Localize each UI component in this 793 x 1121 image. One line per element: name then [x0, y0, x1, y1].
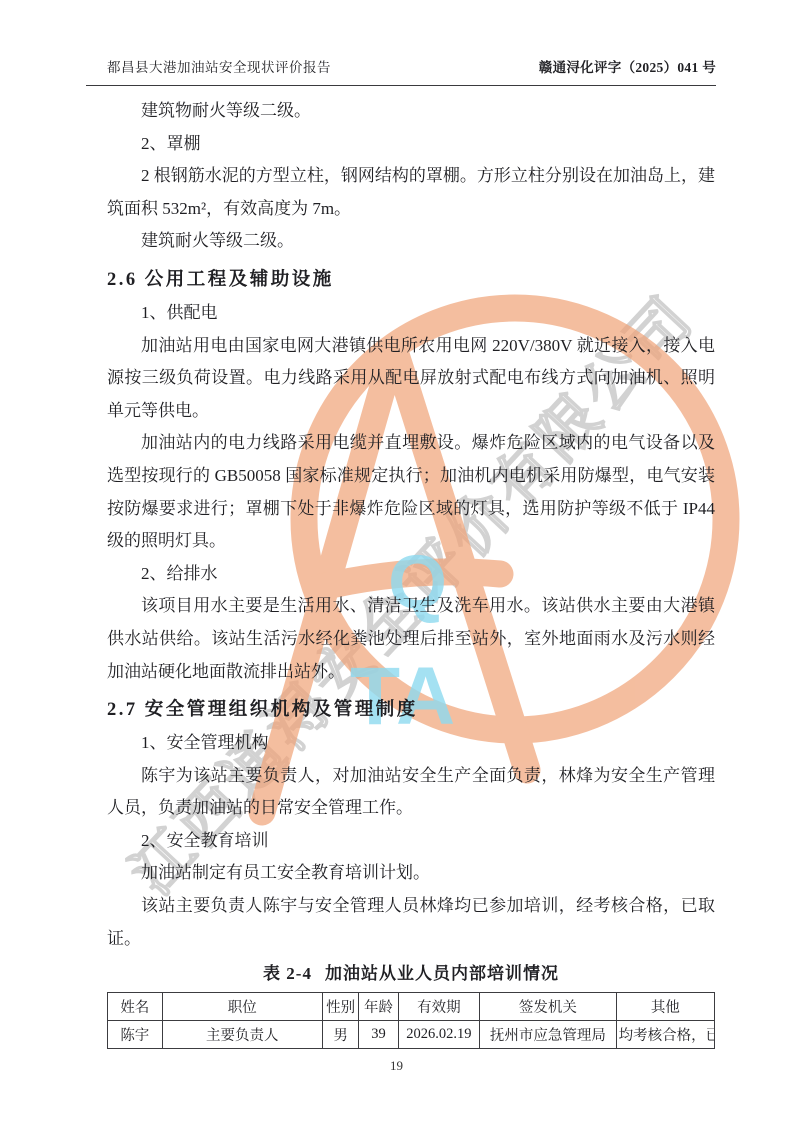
table-row: 陈宇 主要负责人 男 39 2026.02.19 抚州市应急管理局 均考核合格，…	[108, 1021, 715, 1049]
table-caption: 表 2-4加油站从业人员内部培训情况	[107, 957, 715, 990]
col-header-validity: 有效期	[398, 993, 479, 1021]
page-number: 19	[390, 1058, 403, 1073]
page-footer: 19	[0, 1058, 793, 1074]
training-table: 姓名 职位 性别 年龄 有效期 签发机关 其他 陈宇 主要负责人 男 39 20…	[107, 992, 715, 1049]
section-heading-2-7: 2.7 安全管理组织机构及管理制度	[107, 694, 715, 727]
document-number: 赣通浔化评字（2025）041 号	[539, 56, 716, 76]
section-heading-2-6: 2.6 公用工程及辅助设施	[107, 264, 715, 297]
col-header-age: 年龄	[359, 993, 398, 1021]
cell-position: 主要负责人	[162, 1021, 322, 1049]
cell-gender: 男	[322, 1021, 358, 1049]
table-caption-title: 加油站从业人员内部培训情况	[325, 964, 559, 983]
list-item-heading: 2、安全教育培训	[107, 825, 715, 858]
cell-other: 均考核合格，已	[616, 1021, 714, 1049]
paragraph: 该项目用水主要是生活用水、清洁卫生及洗车用水。该站供水主要由大港镇供水站供给。该…	[107, 590, 715, 688]
cell-age: 39	[359, 1021, 398, 1049]
list-item-heading: 2、给排水	[107, 558, 715, 591]
report-page: 江西通浔安全评价有限公司 Q TA 都昌县大港加油站安全现状评价报告 赣通浔化评…	[0, 0, 793, 1121]
table-caption-label: 表 2-4	[263, 964, 312, 983]
paragraph: 陈宇为该站主要负责人，对加油站安全生产全面负责，林烽为安全生产管理人员，负责加油…	[107, 760, 715, 825]
list-item-heading: 2、罩棚	[107, 128, 715, 161]
col-header-other: 其他	[616, 993, 714, 1021]
paragraph: 加油站内的电力线路采用电缆并直埋敷设。爆炸危险区域内的电气设备以及选型按现行的 …	[107, 427, 715, 557]
list-item-heading: 1、供配电	[107, 297, 715, 330]
table-header-row: 姓名 职位 性别 年龄 有效期 签发机关 其他	[108, 993, 715, 1021]
cell-validity: 2026.02.19	[398, 1021, 479, 1049]
paragraph: 加油站用电由国家电网大港镇供电所农用电网 220V/380V 就近接入，接入电源…	[107, 330, 715, 428]
paragraph: 加油站制定有员工安全教育培训计划。	[107, 857, 715, 890]
cell-issuer: 抚州市应急管理局	[480, 1021, 617, 1049]
col-header-issuer: 签发机关	[480, 993, 617, 1021]
col-header-name: 姓名	[108, 993, 163, 1021]
report-title: 都昌县大港加油站安全现状评价报告	[107, 56, 331, 76]
paragraph: 该站主要负责人陈宇与安全管理人员林烽均已参加培训，经考核合格，已取证。	[107, 890, 715, 955]
paragraph: 2 根钢筋水泥的方型立柱，钢网结构的罩棚。方形立柱分别设在加油岛上，建筑面积 5…	[107, 160, 715, 225]
col-header-position: 职位	[162, 993, 322, 1021]
paragraph: 建筑物耐火等级二级。	[107, 95, 715, 128]
cell-name: 陈宇	[108, 1021, 163, 1049]
paragraph: 建筑耐火等级二级。	[107, 225, 715, 258]
list-item-heading: 1、安全管理机构	[107, 727, 715, 760]
document-body: 建筑物耐火等级二级。 2、罩棚 2 根钢筋水泥的方型立柱，钢网结构的罩棚。方形立…	[107, 95, 715, 1049]
col-header-gender: 性别	[322, 993, 358, 1021]
page-header: 都昌县大港加油站安全现状评价报告 赣通浔化评字（2025）041 号	[86, 56, 716, 86]
